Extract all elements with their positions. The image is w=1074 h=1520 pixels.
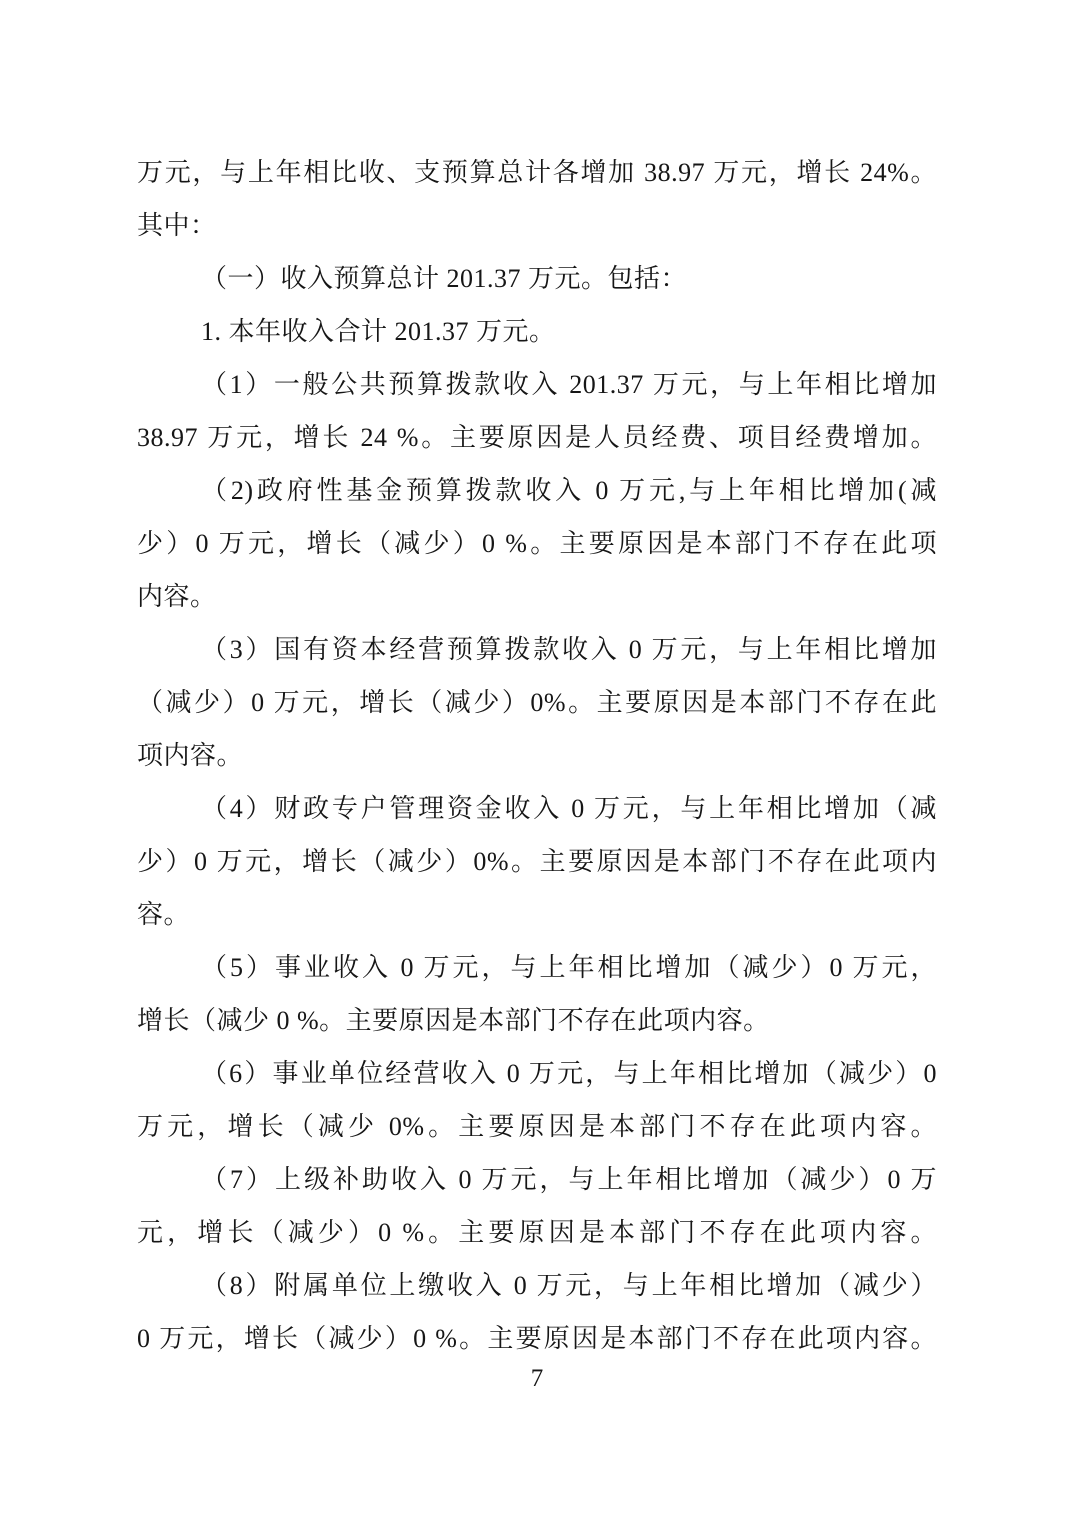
text-line: （4）财政专户管理资金收入 0 万元，与上年相比增加（减 — [137, 782, 937, 835]
text-line: 少）0 万元，增长（减少）0 %。主要原因是本部门不存在此项 — [137, 517, 937, 570]
paragraph: （7）上级补助收入 0 万元，与上年相比增加（减少）0 万 元，增长（减少）0 … — [137, 1153, 937, 1259]
paragraph: 万元，与上年相比收、支预算总计各增加 38.97 万元，增长 24%。 其中： — [137, 146, 937, 252]
text-line: （6）事业单位经营收入 0 万元，与上年相比增加（减少）0 — [137, 1047, 937, 1100]
paragraph: （2)政府性基金预算拨款收入 0 万元,与上年相比增加(减 少）0 万元，增长（… — [137, 464, 937, 623]
text-line: （7）上级补助收入 0 万元，与上年相比增加（减少）0 万 — [137, 1153, 937, 1206]
paragraph: （1）一般公共预算拨款收入 201.37 万元，与上年相比增加 38.97 万元… — [137, 358, 937, 464]
text-line: （减少）0 万元，增长（减少）0%。主要原因是本部门不存在此 — [137, 676, 937, 729]
text-line: 增长（减少 0 %。主要原因是本部门不存在此项内容。 — [137, 994, 937, 1047]
paragraph: （6）事业单位经营收入 0 万元，与上年相比增加（减少）0 万元，增长（减少 0… — [137, 1047, 937, 1153]
text-line: 1. 本年收入合计 201.37 万元。 — [137, 305, 937, 358]
paragraph: （8）附属单位上缴收入 0 万元，与上年相比增加（减少） 0 万元，增长（减少）… — [137, 1259, 937, 1365]
text-line: （2)政府性基金预算拨款收入 0 万元,与上年相比增加(减 — [137, 464, 937, 517]
text-line: 项内容。 — [137, 729, 937, 782]
text-line: （1）一般公共预算拨款收入 201.37 万元，与上年相比增加 — [137, 358, 937, 411]
text-line: （3）国有资本经营预算拨款收入 0 万元，与上年相比增加 — [137, 623, 937, 676]
text-line: 0 万元，增长（减少）0 %。主要原因是本部门不存在此项内容。 — [137, 1312, 937, 1365]
text-line: （5）事业收入 0 万元，与上年相比增加（减少）0 万元， — [137, 941, 937, 994]
paragraph: （一）收入预算总计 201.37 万元。包括： — [137, 252, 937, 305]
paragraph: （5）事业收入 0 万元，与上年相比增加（减少）0 万元， 增长（减少 0 %。… — [137, 941, 937, 1047]
paragraph: （3）国有资本经营预算拨款收入 0 万元，与上年相比增加 （减少）0 万元，增长… — [137, 623, 937, 782]
text-line: （8）附属单位上缴收入 0 万元，与上年相比增加（减少） — [137, 1259, 937, 1312]
page-body-text: 万元，与上年相比收、支预算总计各增加 38.97 万元，增长 24%。 其中： … — [137, 146, 937, 1365]
text-line: 少）0 万元，增长（减少）0%。主要原因是本部门不存在此项内 — [137, 835, 937, 888]
text-line: 38.97 万元，增长 24 %。主要原因是人员经费、项目经费增加。 — [137, 411, 937, 464]
paragraph: 1. 本年收入合计 201.37 万元。 — [137, 305, 937, 358]
paragraph: （4）财政专户管理资金收入 0 万元，与上年相比增加（减 少）0 万元，增长（减… — [137, 782, 937, 941]
text-line: 万元，增长（减少 0%。主要原因是本部门不存在此项内容。 — [137, 1100, 937, 1153]
text-line: 其中： — [137, 199, 937, 252]
text-line: 元，增长（减少）0 %。主要原因是本部门不存在此项内容。 — [137, 1206, 937, 1259]
document-page: 万元，与上年相比收、支预算总计各增加 38.97 万元，增长 24%。 其中： … — [0, 0, 1074, 1520]
text-line: 内容。 — [137, 570, 937, 623]
text-line: （一）收入预算总计 201.37 万元。包括： — [137, 252, 937, 305]
text-line: 万元，与上年相比收、支预算总计各增加 38.97 万元，增长 24%。 — [137, 146, 937, 199]
page-number: 7 — [0, 1363, 1074, 1395]
text-line: 容。 — [137, 888, 937, 941]
